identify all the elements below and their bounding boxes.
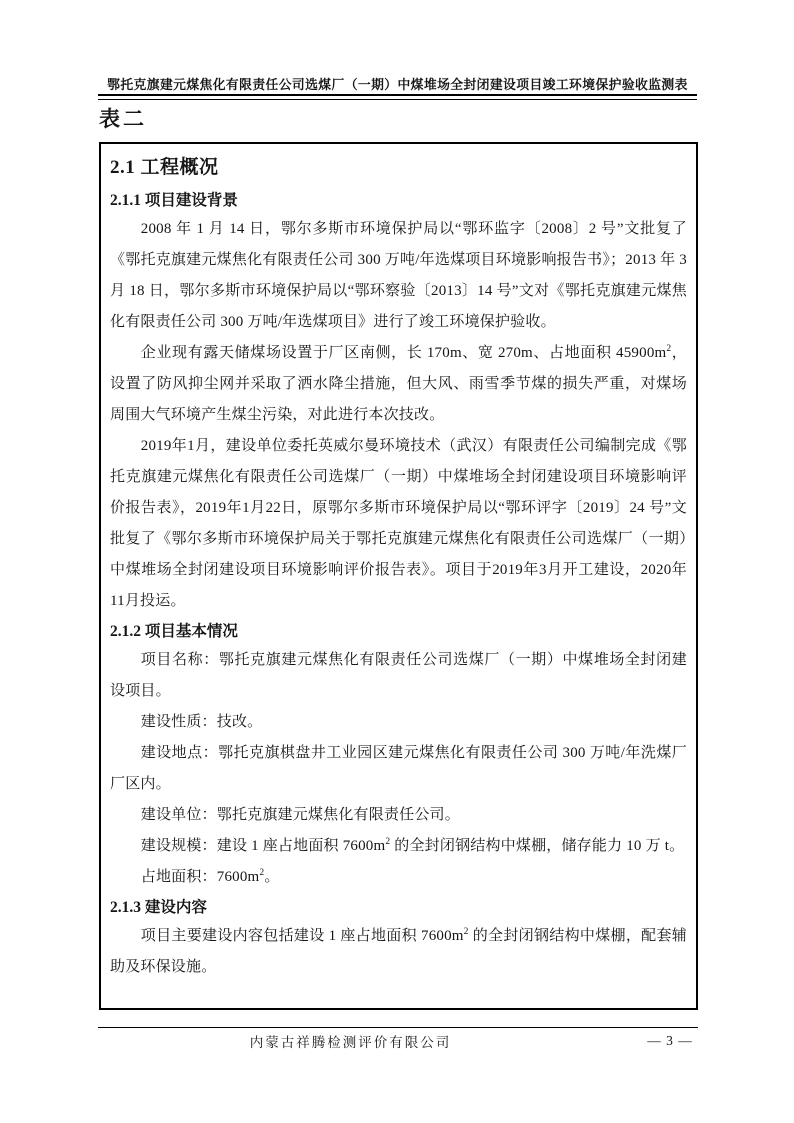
- item-floor-area-text-cont: 。: [264, 869, 279, 885]
- paragraph-background-3: 2019年1月，建设单位委托英威尔曼环境技术（武汉）有限责任公司编制完成《鄂托克…: [110, 431, 687, 617]
- document-page: 鄂托克旗建元煤焦化有限责任公司选煤厂（一期）中煤堆场全封闭建设项目竣工环境保护验…: [0, 0, 794, 1123]
- paragraph-construction-content-text: 项目主要建设内容包括建设 1 座占地面积 7600m: [141, 928, 464, 944]
- footer-rule: [98, 1027, 698, 1028]
- subsection-3-title: 2.1.3 建设内容: [110, 897, 687, 919]
- item-construction-unit: 建设单位：鄂托克旗建元煤焦化有限责任公司。: [110, 800, 687, 831]
- item-construction-scale-text-cont: 的全封闭钢结构中煤棚，储存能力 10 万 t。: [390, 838, 684, 854]
- paragraph-background-2: 企业现有露天储煤场设置于厂区南侧，长 170m、宽 270m、占地面积 4590…: [110, 338, 687, 431]
- paragraph-construction-content: 项目主要建设内容包括建设 1 座占地面积 7600m2 的全封闭钢结构中煤棚，配…: [110, 921, 687, 983]
- footer-page-number: — 3 —: [638, 1033, 702, 1049]
- document-header-title: 鄂托克旗建元煤焦化有限责任公司选煤厂（一期）中煤堆场全封闭建设项目竣工环境保护验…: [98, 74, 697, 93]
- paragraph-background-2-text: 企业现有露天储煤场设置于厂区南侧，长 170m、宽 270m、占地面积 4590…: [141, 345, 667, 361]
- item-construction-scale-text: 建设规模：建设 1 座占地面积 7600m: [141, 838, 386, 854]
- header-double-rule: [98, 94, 697, 100]
- item-construction-location: 建设地点：鄂托克旗棋盘井工业园区建元煤焦化有限责任公司 300 万吨/年洗煤厂厂…: [110, 738, 687, 800]
- footer-company-name: 内蒙古祥腾检测评价有限公司: [98, 1031, 603, 1051]
- item-project-name: 项目名称：鄂托克旗建元煤焦化有限责任公司选煤厂（一期）中煤堆场全封闭建设项目。: [110, 645, 687, 707]
- item-floor-area-text: 占地面积：7600m: [141, 869, 260, 885]
- item-construction-nature: 建设性质：技改。: [110, 707, 687, 738]
- item-floor-area: 占地面积：7600m2。: [110, 862, 687, 893]
- section-title: 2.1 工程概况: [110, 155, 687, 181]
- subsection-2-title: 2.1.2 项目基本情况: [110, 621, 687, 643]
- item-construction-scale: 建设规模：建设 1 座占地面积 7600m2 的全封闭钢结构中煤棚，储存能力 1…: [110, 831, 687, 862]
- content-box: 2.1 工程概况 2.1.1 项目建设背景 2008 年 1 月 14 日，鄂尔…: [99, 142, 698, 1010]
- table-label: 表二: [99, 103, 147, 133]
- paragraph-background-1: 2008 年 1 月 14 日，鄂尔多斯市环境保护局以“鄂环监字〔2008〕2 …: [110, 214, 687, 338]
- subsection-1-title: 2.1.1 项目建设背景: [110, 190, 687, 212]
